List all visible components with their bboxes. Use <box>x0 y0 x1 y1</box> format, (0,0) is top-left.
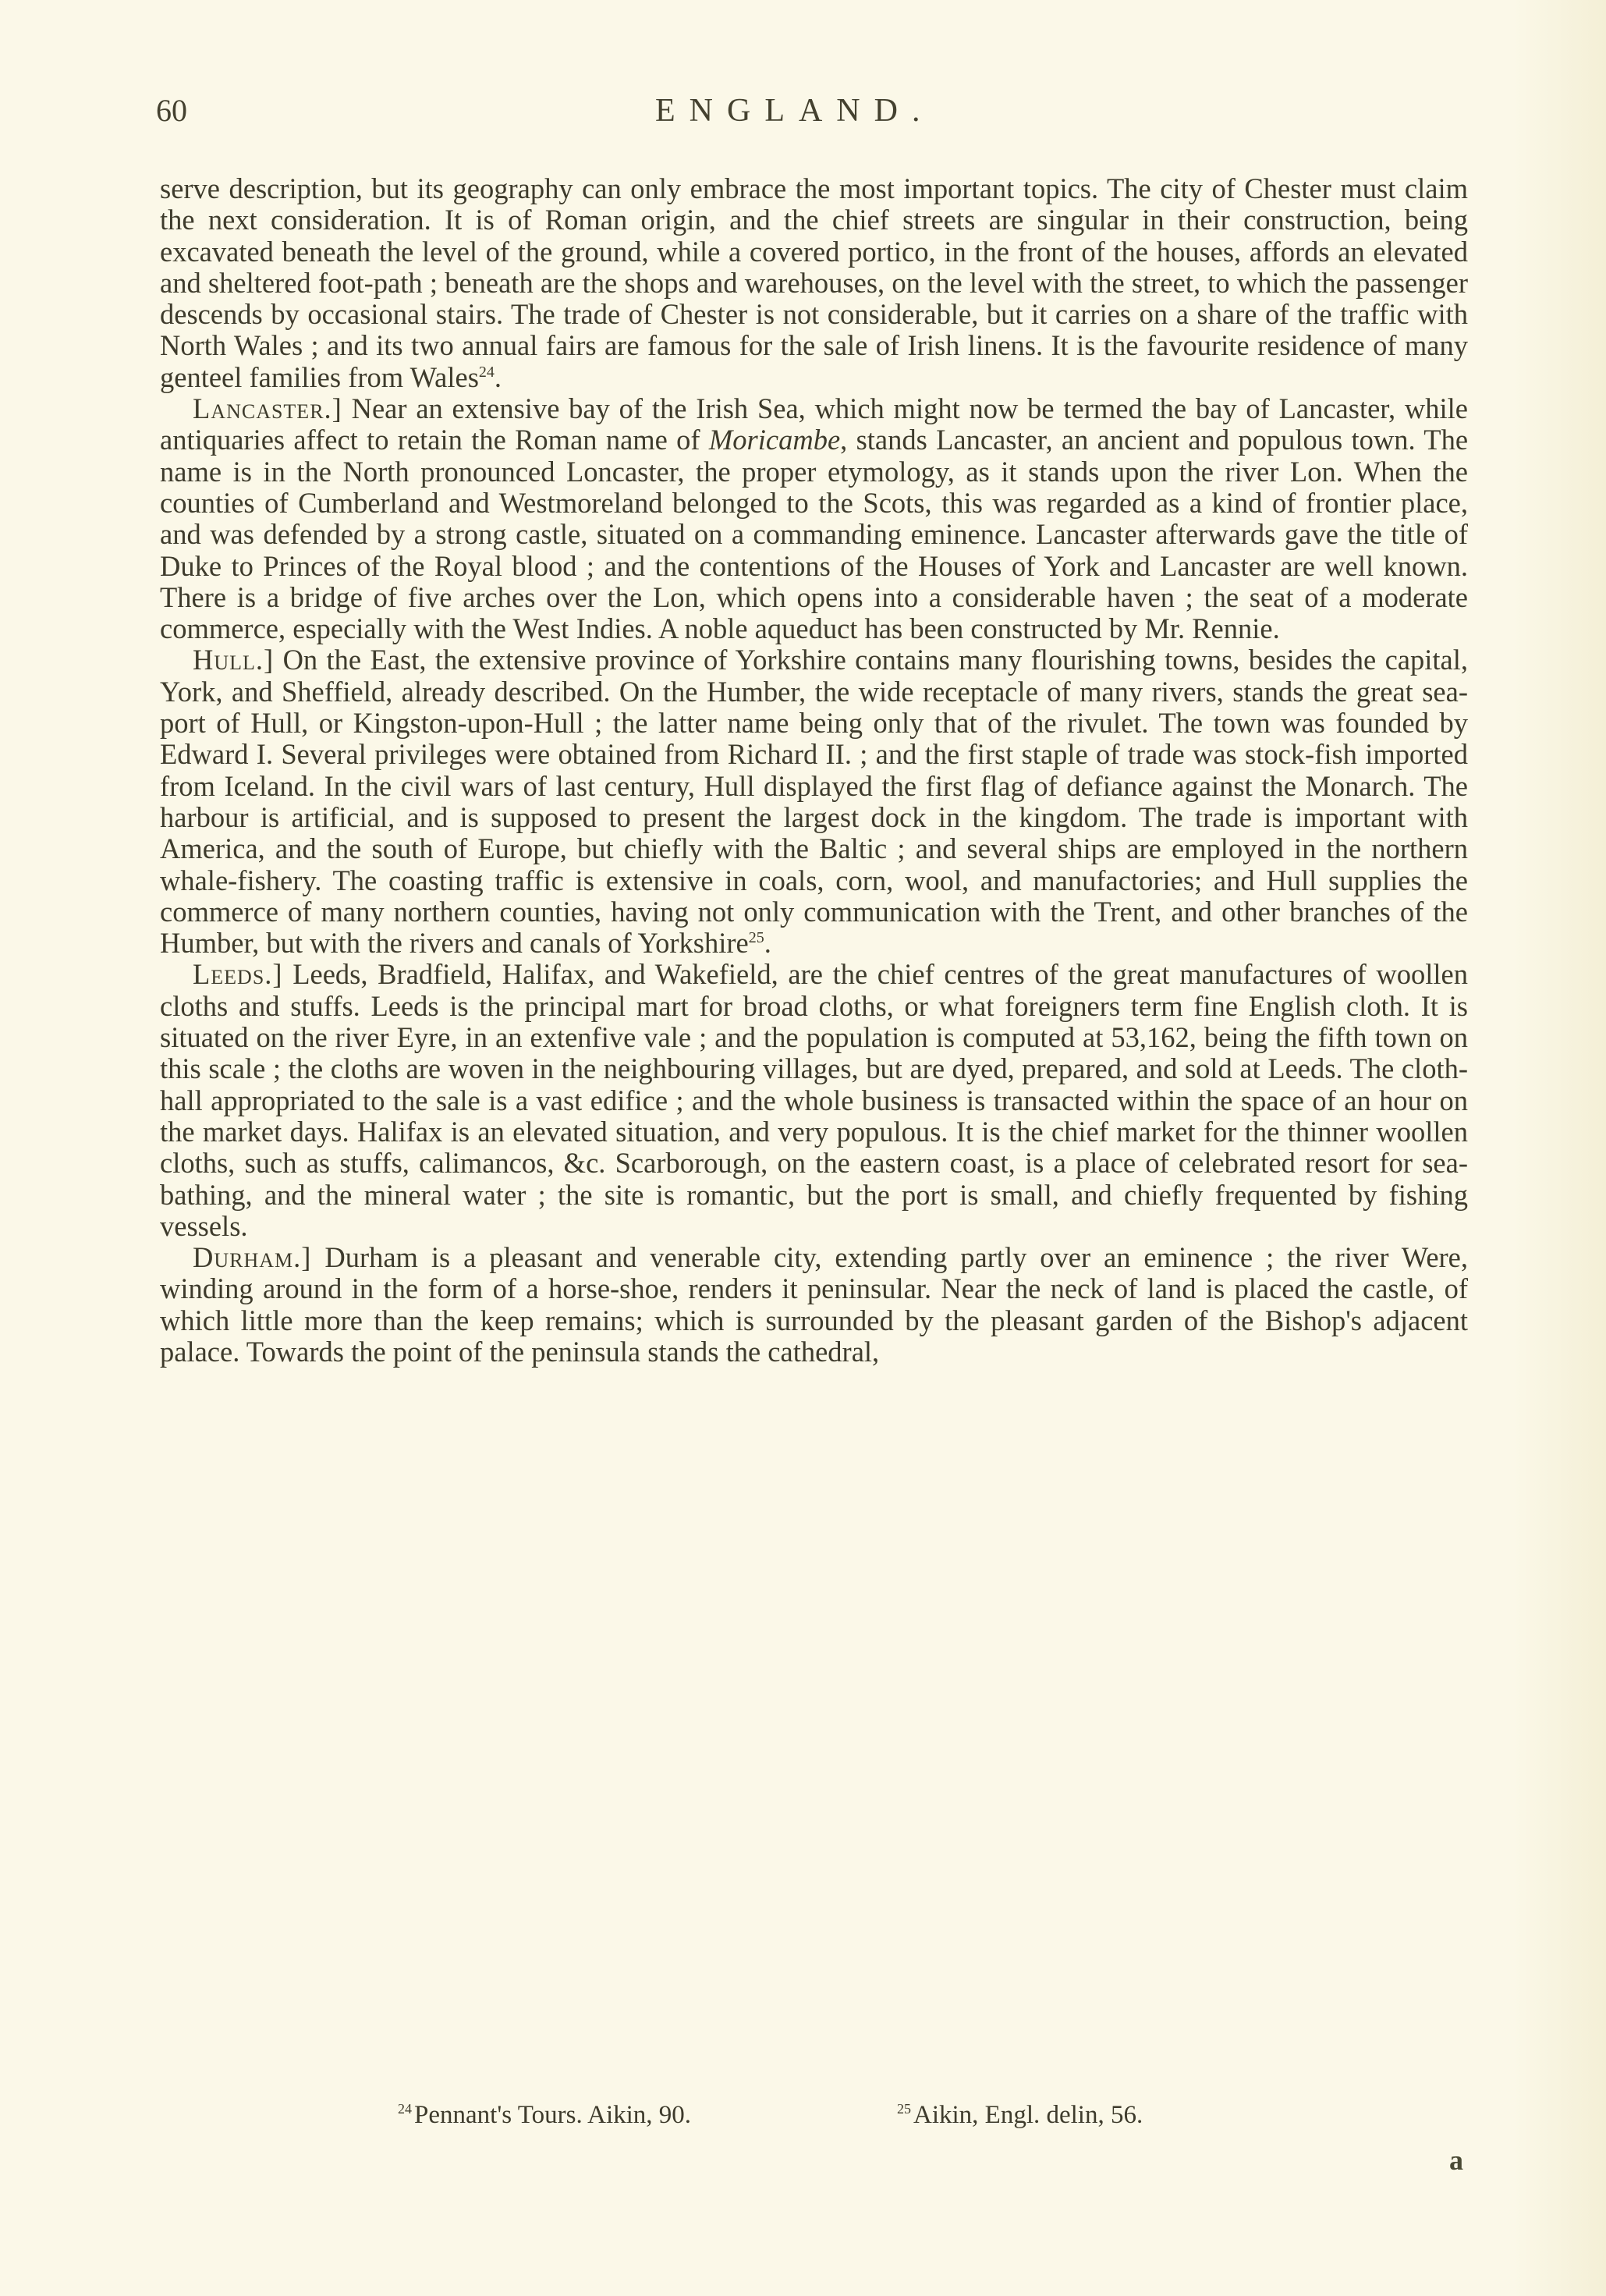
footnote-ref-25[interactable]: 25 <box>749 929 764 946</box>
paragraph-lancaster: Lancaster.] Near an extensive bay of the… <box>160 393 1468 644</box>
footnotes: 24Pennant's Tours. Aikin, 90. 25Aikin, E… <box>398 2101 1334 2140</box>
paragraph-text: , stands Lancaster, an ancient and popul… <box>160 424 1468 644</box>
printer-signature-mark: a <box>1449 2144 1463 2177</box>
paragraph-leeds: Leeds.] Leeds, Bradfield, Halifax, and W… <box>160 959 1468 1242</box>
page-edge-shading <box>1512 0 1606 2296</box>
running-title: ENGLAND. <box>655 92 934 130</box>
footnote-mark: 25 <box>897 2101 911 2117</box>
paragraph-text: Leeds, Bradfield, Halifax, and Wakefield… <box>160 958 1468 1241</box>
footnote-text: Pennant's Tours. Aikin, 90. <box>414 2101 691 2129</box>
paragraph-durham: Durham.] Durham is a pleasant and venera… <box>160 1242 1468 1368</box>
italic-term: Moricambe <box>709 424 840 456</box>
page-number: 60 <box>156 92 187 129</box>
footnote-24: 24Pennant's Tours. Aikin, 90. <box>398 2101 691 2130</box>
paragraph-text: On the East, the extensive province of Y… <box>160 644 1468 959</box>
footnote-25: 25Aikin, Engl. delin, 56. <box>897 2101 1143 2130</box>
paragraph-chester: serve description, but its geography can… <box>160 173 1468 393</box>
paragraph-end: . <box>764 927 771 959</box>
paragraph-end: . <box>495 361 502 393</box>
section-heading-durham: Durham.] <box>193 1241 311 1273</box>
section-heading-leeds: Leeds.] <box>193 958 283 990</box>
paragraph-text: serve description, but its geography can… <box>160 172 1468 393</box>
paragraph-text: Durham is a pleasant and venerable city,… <box>160 1241 1468 1368</box>
footnote-text: Aikin, Engl. delin, 56. <box>913 2101 1143 2129</box>
section-heading-hull: Hull.] <box>193 644 274 676</box>
body-text: serve description, but its geography can… <box>160 173 1468 1368</box>
section-heading-lancaster: Lancaster.] <box>193 392 342 424</box>
footnote-mark: 24 <box>398 2101 412 2117</box>
footnote-ref-24[interactable]: 24 <box>479 364 495 381</box>
running-head: 60 ENGLAND. <box>156 92 1466 139</box>
paragraph-hull: Hull.] On the East, the extensive provin… <box>160 644 1468 959</box>
